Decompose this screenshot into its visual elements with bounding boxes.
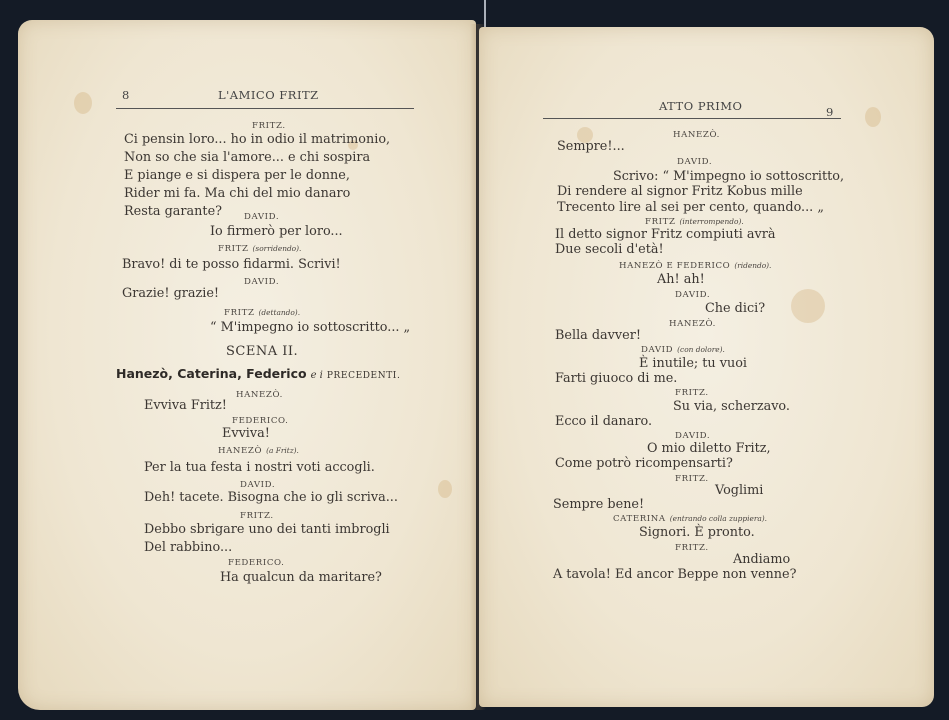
scene-title: SCENA II.: [226, 344, 298, 359]
verse-line: Bella davver!: [555, 328, 641, 343]
verse-line: Due secoli d'età!: [555, 242, 664, 257]
verse-line: Il detto signor Fritz compiuti avrà: [555, 227, 776, 242]
verse-line: Scrivo: “ M'impegno io sottoscritto,: [613, 169, 844, 184]
speaker-label: FRITZ.: [675, 388, 709, 398]
right-page: ATTO PRIMO 9 HANEZÒ. Sempre!... DAVID. S…: [479, 27, 934, 707]
verse-line: Farti giuoco di me.: [555, 371, 677, 386]
verse-line: Deh! tacete. Bisogna che io gli scriva..…: [144, 490, 398, 505]
running-head: L'AMICO FRITZ: [218, 88, 319, 102]
cast-conjunction: e i: [311, 370, 323, 381]
speaker-label: FRITZ(dettando).: [224, 308, 300, 318]
verse-line: Resta garante?: [124, 204, 222, 219]
verse-line: Bravo! di te posso fidarmi. Scrivi!: [122, 257, 341, 272]
verse-line: Trecento lire al sei per cento, quando..…: [557, 200, 824, 215]
verse-line: Debbo sbrigare uno dei tanti imbrogli: [144, 522, 390, 537]
speaker-label: HANEZÒ.: [673, 130, 720, 140]
verse-line: Andiamo: [733, 552, 790, 567]
speaker-label: DAVID.: [675, 431, 710, 441]
stage-direction: (entrando colla zuppiera).: [670, 514, 767, 523]
verse-line: E piange e si dispera per le donne,: [124, 168, 350, 183]
stage-direction: (a Fritz).: [266, 446, 299, 455]
verse-line: Non so che sia l'amore... e chi sospira: [124, 150, 370, 165]
verse-line: Di rendere al signor Fritz Kobus mille: [557, 184, 803, 199]
running-head: ATTO PRIMO: [659, 99, 742, 113]
speaker-label: DAVID(con dolore).: [641, 345, 725, 355]
scene-cast: Hanezò, Caterina, Federicoe iprecedenti.: [116, 366, 400, 381]
verse-line: Come potrò ricompensarti?: [555, 456, 733, 471]
paper-stain: [865, 107, 881, 127]
left-page: 8 L'AMICO FRITZ FRITZ. Ci pensin loro...…: [18, 20, 476, 710]
verse-line: A tavola! Ed ancor Beppe non venne?: [553, 567, 796, 582]
speaker-label: FRITZ.: [675, 543, 709, 553]
verse-line: Per la tua festa i nostri voti accogli.: [144, 460, 375, 475]
verse-line: Del rabbino...: [144, 540, 232, 555]
stage-direction: (ridendo).: [734, 261, 771, 270]
verse-line: Io firmerò per loro...: [210, 224, 343, 239]
verse-line: Grazie! grazie!: [122, 286, 219, 301]
speaker-label: DAVID.: [244, 212, 279, 222]
speaker-label: HANEZÒ.: [669, 319, 716, 329]
paper-stain: [438, 480, 452, 498]
page-number: 8: [122, 88, 130, 102]
verse-line: Sempre!...: [557, 139, 625, 154]
stage-direction: (sorridendo).: [253, 244, 302, 253]
paper-stain: [74, 92, 92, 114]
verse-line: Su via, scherzavo.: [673, 399, 790, 414]
verse-line: Ci pensin loro... ho in odio il matrimon…: [124, 132, 390, 147]
verse-line: Evviva!: [222, 426, 270, 441]
verse-line: Ah! ah!: [657, 272, 705, 287]
verse-line: È inutile; tu vuoi: [639, 356, 747, 371]
speaker-label: DAVID.: [675, 290, 710, 300]
header-rule: [543, 118, 841, 119]
verse-line: Che dici?: [705, 301, 765, 316]
verse-line: Evviva Fritz!: [144, 398, 227, 413]
verse-line: Signori. È pronto.: [639, 525, 755, 540]
verse-line: Ha qualcun da maritare?: [220, 570, 382, 585]
page-number: 9: [826, 105, 834, 119]
verse-line: Voglimi: [715, 483, 763, 498]
speaker-label: DAVID.: [677, 157, 712, 167]
stage-direction: (dettando).: [259, 308, 301, 317]
speaker-label: FRITZ.: [252, 121, 286, 131]
speaker-label: DAVID.: [244, 277, 279, 287]
speaker-label: FRITZ(interrompendo).: [645, 217, 744, 227]
speaker-label: FRITZ.: [240, 511, 274, 521]
speaker-label: DAVID.: [240, 480, 275, 490]
speaker-label: CATERINA(entrando colla zuppiera).: [613, 514, 767, 524]
cast-rest: precedenti.: [327, 371, 401, 381]
speaker-label: FRITZ(sorridendo).: [218, 244, 301, 254]
verse-line: Sempre bene!: [553, 497, 644, 512]
speaker-label: FEDERICO.: [232, 416, 289, 426]
stage-direction: (con dolore).: [677, 345, 725, 354]
speaker-label: HANEZÒ e FEDERICO(ridendo).: [619, 261, 771, 271]
verse-line: Ecco il danaro.: [555, 414, 652, 429]
cast-names: Hanezò, Caterina, Federico: [116, 366, 307, 381]
header-rule: [116, 108, 414, 109]
verse-line: “ M'impegno io sottoscritto... „: [210, 320, 410, 335]
speaker-label: FEDERICO.: [228, 558, 285, 568]
speaker-label: HANEZÒ(a Fritz).: [218, 446, 299, 456]
stage-direction: (interrompendo).: [680, 217, 744, 226]
speaker-label: FRITZ.: [675, 474, 709, 484]
paper-stain: [791, 289, 825, 323]
verse-line: Rider mi fa. Ma chi del mio danaro: [124, 186, 350, 201]
verse-line: O mio diletto Fritz,: [647, 441, 771, 456]
speaker-label: HANEZÒ.: [236, 390, 283, 400]
